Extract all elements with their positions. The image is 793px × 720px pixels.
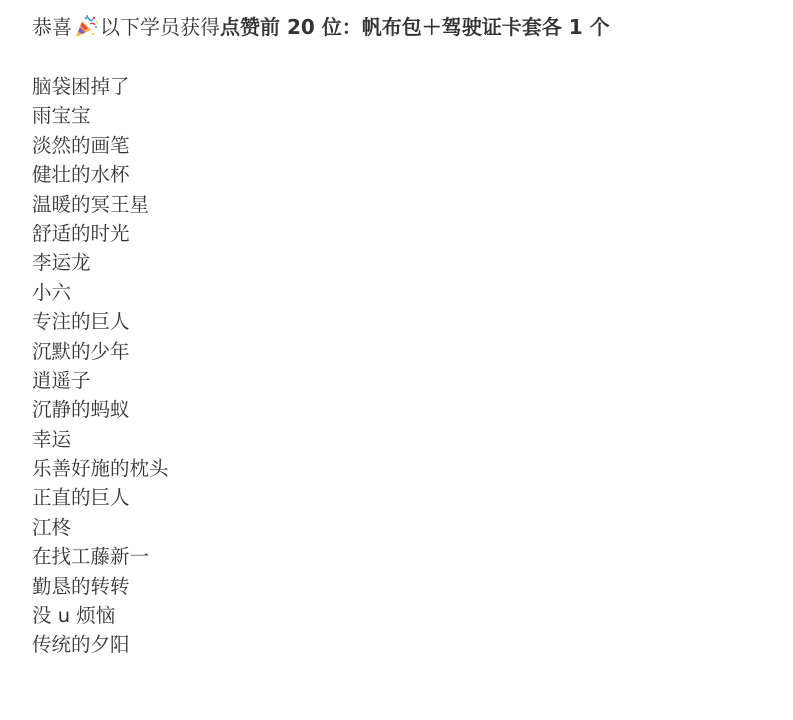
spacer [32,54,793,72]
winner-name: 传统的夕阳 [32,630,793,659]
winner-name: 乐善好施的枕头 [32,454,793,483]
winner-name: 温暖的冥王星 [32,190,793,219]
party-popper-icon [73,5,99,31]
winner-name: 脑袋困掉了 [32,72,793,101]
winner-name: 小六 [32,278,793,307]
announcement-document: 恭喜 以下学员获得点赞前 20 位：帆布包＋驾驶证卡套各 1 个 脑袋困掉了 雨… [32,0,793,660]
winner-name: 正直的巨人 [32,483,793,512]
winner-name: 没 u 烦恼 [32,601,793,630]
winner-list: 脑袋困掉了 雨宝宝 淡然的画笔 健壮的水杯 温暖的冥王星 舒适的时光 李运龙 小… [32,72,793,660]
winner-name: 逍遥子 [32,366,793,395]
announcement-headline: 恭喜 以下学员获得点赞前 20 位：帆布包＋驾驶证卡套各 1 个 [32,0,793,54]
winner-name: 舒适的时光 [32,219,793,248]
headline-prefix: 恭喜 [32,15,72,39]
winner-name: 沉静的蚂蚁 [32,395,793,424]
winner-name: 健壮的水杯 [32,160,793,189]
winner-name: 淡然的画笔 [32,131,793,160]
winner-name: 江柊 [32,513,793,542]
winner-name: 勤恳的转转 [32,572,793,601]
winner-name: 在找工藤新一 [32,542,793,571]
winner-name: 李运龙 [32,248,793,277]
winner-name: 专注的巨人 [32,307,793,336]
headline-middle: 以下学员获得 [100,15,220,39]
headline-prize: 点赞前 20 位：帆布包＋驾驶证卡套各 1 个 [220,15,610,39]
winner-name: 沉默的少年 [32,337,793,366]
winner-name: 幸运 [32,425,793,454]
winner-name: 雨宝宝 [32,101,793,130]
